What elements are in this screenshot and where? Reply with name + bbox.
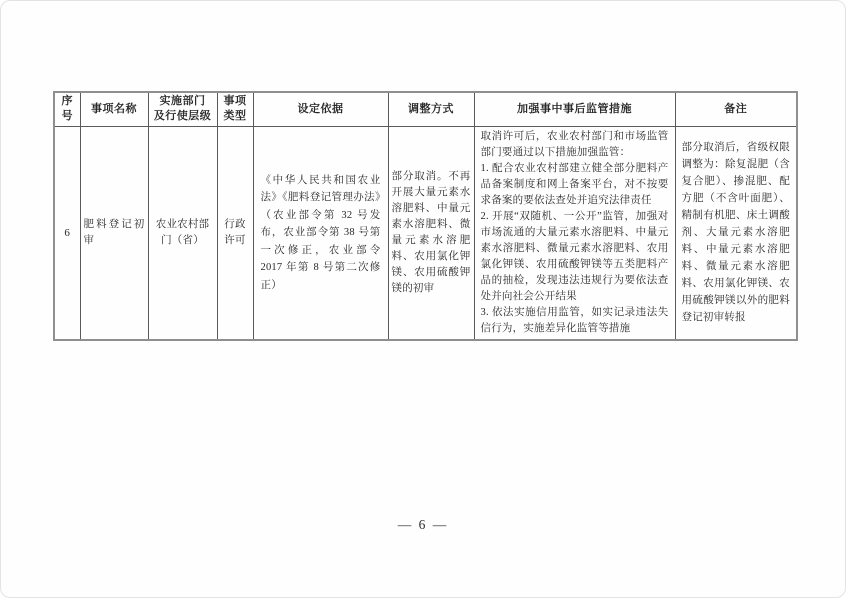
- cell-adjustment: 部分取消。不再开展大量元素水溶肥料、中量元素水溶肥料、微量元素水溶肥料、农用氯化…: [388, 126, 474, 340]
- col-header-item-name: 事项名称: [80, 92, 148, 126]
- cell-legal-basis: 《中华人民共和国农业法》《肥料登记管理办法》（农业部令第 32 号发布，农业部令…: [253, 126, 388, 340]
- col-header-adjustment: 调整方式: [388, 92, 474, 126]
- cell-remarks: 部分取消后，省级权限调整为：除复混肥（含复合肥）、掺混肥、配方肥（不含叶面肥）、…: [675, 126, 797, 340]
- table-header-row: 序号 事项名称 实施部门 及行使层级 事项 类型 设定依据 调整方式 加强事中事…: [54, 92, 797, 126]
- col-header-item-type: 事项 类型: [217, 92, 253, 126]
- cell-seq-no: 6: [54, 126, 80, 340]
- table-row: 6 肥料登记初审 农业农村部门（省） 行政许可 《中华人民共和国农业法》《肥料登…: [54, 126, 797, 340]
- col-header-remarks: 备注: [675, 92, 797, 126]
- cell-item-name: 肥料登记初审: [80, 126, 148, 340]
- col-header-legal-basis: 设定依据: [253, 92, 388, 126]
- regulatory-matters-table: 序号 事项名称 实施部门 及行使层级 事项 类型 设定依据 调整方式 加强事中事…: [53, 91, 798, 341]
- col-header-supervision: 加强事中事后监管措施: [474, 92, 675, 126]
- document-page: 序号 事项名称 实施部门 及行使层级 事项 类型 设定依据 调整方式 加强事中事…: [0, 0, 846, 598]
- col-header-department: 实施部门 及行使层级: [148, 92, 217, 126]
- cell-item-type: 行政许可: [217, 126, 253, 340]
- cell-supervision: 取消许可后，农业农村部门和市场监管部门要通过以下措施加强监管： 1. 配合农业农…: [474, 126, 675, 340]
- col-header-seq-no: 序号: [54, 92, 80, 126]
- cell-department: 农业农村部门（省）: [148, 126, 217, 340]
- page-number: — 6 —: [1, 517, 845, 533]
